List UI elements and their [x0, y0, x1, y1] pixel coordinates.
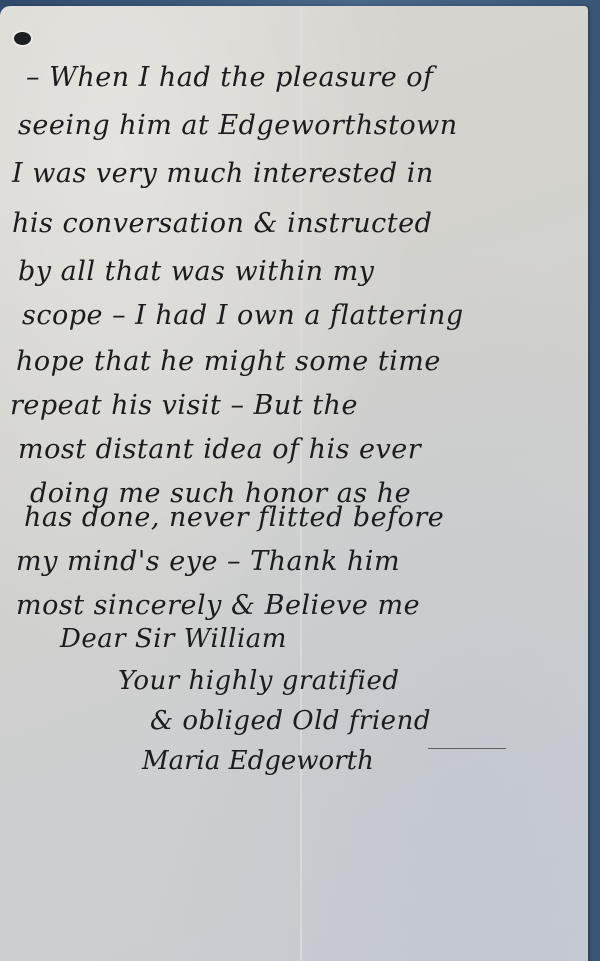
body-line-13: most sincerely & Believe me: [16, 590, 420, 621]
body-line-12: my mind's eye – Thank him: [16, 546, 400, 577]
closing-line-1: Your highly gratified: [118, 666, 400, 696]
salutation: Dear Sir William: [60, 624, 287, 654]
closing-line-2: & obliged Old friend: [150, 706, 431, 736]
letter-page: – When I had the pleasure of seeing him …: [0, 6, 588, 961]
punch-hole: [14, 32, 31, 45]
body-line-7: hope that he might some time: [16, 346, 441, 377]
body-line-3: I was very much interested in: [12, 158, 434, 189]
body-line-6: scope – I had I own a flattering: [22, 300, 464, 331]
body-line-4: his conversation & instructed: [12, 208, 432, 239]
signature-flourish-line: [428, 748, 506, 749]
body-line-8: repeat his visit – But the: [10, 390, 358, 421]
body-line-9: most distant idea of his ever: [18, 434, 421, 465]
body-line-5: by all that was within my: [18, 256, 374, 287]
body-line-1: – When I had the pleasure of: [26, 62, 434, 93]
body-line-11: has done, never flitted before: [24, 502, 444, 533]
body-line-2: seeing him at Edgeworthstown: [18, 110, 458, 141]
signature: Maria Edgeworth: [142, 746, 374, 776]
